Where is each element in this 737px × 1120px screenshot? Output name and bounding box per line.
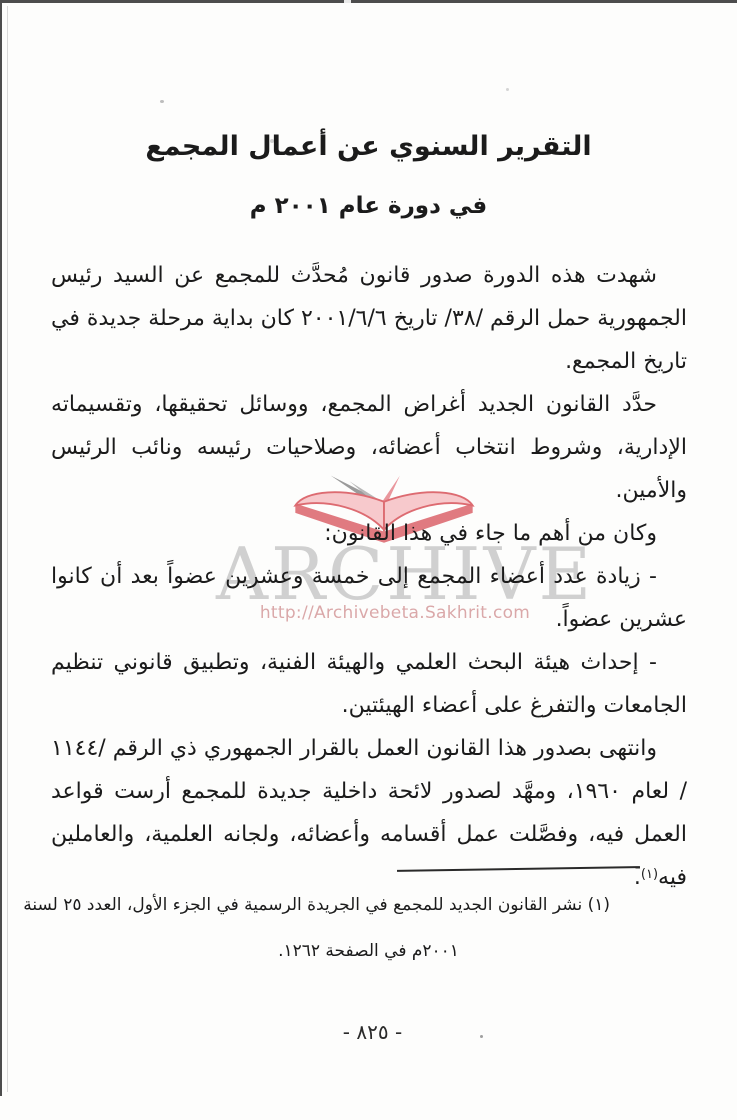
footnote-line-1: (١) نشر القانون الجديد للمجمع في الجريدة… [127,882,610,928]
paragraph-6-period: . [634,865,641,890]
paragraph-1: شهدت هذه الدورة صدور قانون مُحدَّث للمجم… [51,254,687,383]
page-number: - ٨٢٥ - [8,1020,737,1044]
paragraph-3: وكان من أهم ما جاء في هذا القانون: [51,512,687,555]
paragraph-5-bullet: - إحداث هيئة البحث العلمي والهيئة الفنية… [51,641,687,727]
paragraph-2: حدَّد القانون الجديد أغراض المجمع، ووسائ… [51,383,687,512]
document-text-layer: التقرير السنوي عن أعمال المجمع في دورة ع… [0,0,737,1120]
paragraph-6: وانتهى بصدور هذا القانون العمل بالقرار ا… [51,727,687,899]
footnote: (١) نشر القانون الجديد للمجمع في الجريدة… [127,882,610,974]
paragraph-4-bullet: - زيادة عدد أعضاء المجمع إلى خمسة وعشرين… [51,555,687,641]
footnote-reference: (١) [641,867,658,882]
document-title: التقرير السنوي عن أعمال المجمع [0,131,737,162]
document-body: شهدت هذه الدورة صدور قانون مُحدَّث للمجم… [51,254,687,899]
scanned-document-page: ARCHIVE http://Archivebeta.Sakhrit.com ا… [0,0,737,1120]
footnote-line-2: ٢٠٠١م في الصفحة ١٢٦٢. [127,928,610,974]
document-subtitle: في دورة عام ٢٠٠١ م [0,193,737,219]
